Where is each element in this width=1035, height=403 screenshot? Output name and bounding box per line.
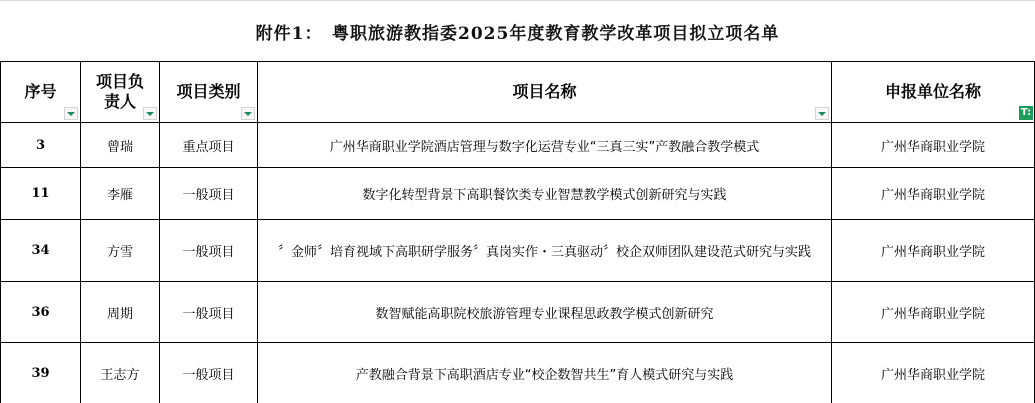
title-row[interactable]: 附件1： 粤职旅游教指委2025年度教育教学改革项目拟立项名单	[0, 0, 1035, 61]
dropdown-arrow-icon	[146, 112, 154, 116]
dropdown-arrow-icon	[244, 112, 252, 116]
cell-category[interactable]: 一般项目	[160, 282, 258, 343]
header-row: 序号 项目负责人 项目类别 项目名称 申报单位名称 T:	[1, 62, 1035, 123]
spreadsheet: 附件1： 粤职旅游教指委2025年度教育教学改革项目拟立项名单 序号 项目负责人	[0, 0, 1035, 403]
project-table: 序号 项目负责人 项目类别 项目名称 申报单位名称 T:	[0, 61, 1035, 403]
cell-unit[interactable]: 广州华商职业学院	[832, 282, 1035, 343]
cell-unit[interactable]: 广州华商职业学院	[832, 168, 1035, 220]
header-cell-category[interactable]: 项目类别	[160, 62, 258, 123]
header-label: 项目负责人	[89, 72, 151, 112]
cell-no[interactable]: 39	[1, 343, 81, 403]
cell-unit[interactable]: 广州华商职业学院	[832, 343, 1035, 403]
cell-leader[interactable]: 曾瑞	[81, 123, 160, 168]
cell-project-name[interactable]: 〞金师〞培育视域下高职研学服务〞真岗实作・三真驱动〞校企双师团队建设范式研究与实…	[258, 220, 832, 282]
filter-dropdown-button[interactable]	[64, 107, 78, 120]
cell-project-name[interactable]: 数字化转型背景下高职餐饮类专业智慧教学模式创新研究与实践	[258, 168, 832, 220]
table-row: 34 方雪 一般项目 〞金师〞培育视域下高职研学服务〞真岗实作・三真驱动〞校企双…	[1, 220, 1035, 282]
table-row: 3 曾瑞 重点项目 广州华商职业学院酒店管理与数字化运营专业“三真三实”产教融合…	[1, 123, 1035, 168]
cell-project-name[interactable]: 数智赋能高职院校旅游管理专业课程思政教学模式创新研究	[258, 282, 832, 343]
cell-leader[interactable]: 李雁	[81, 168, 160, 220]
header-label: 项目类别	[176, 82, 240, 101]
dropdown-arrow-icon	[67, 112, 75, 116]
filter-dropdown-button[interactable]	[815, 107, 829, 120]
active-filter-icon[interactable]: T:	[1019, 106, 1033, 120]
header-label: 申报单位名称	[885, 82, 981, 101]
cell-project-name[interactable]: 产教融合背景下高职酒店专业“校企数智共生”育人模式研究与实践	[258, 343, 832, 403]
cell-leader[interactable]: 王志方	[81, 343, 160, 403]
table-row: 39 王志方 一般项目 产教融合背景下高职酒店专业“校企数智共生”育人模式研究与…	[1, 343, 1035, 403]
cell-unit[interactable]: 广州华商职业学院	[832, 123, 1035, 168]
filter-dropdown-button[interactable]	[143, 107, 157, 120]
filter-dropdown-button[interactable]	[241, 107, 255, 120]
cell-project-name[interactable]: 广州华商职业学院酒店管理与数字化运营专业“三真三实”产教融合教学模式	[258, 123, 832, 168]
header-label: 序号	[24, 82, 56, 101]
cell-category[interactable]: 一般项目	[160, 343, 258, 403]
header-label: 项目名称	[512, 82, 576, 101]
table-row: 11 李雁 一般项目 数字化转型背景下高职餐饮类专业智慧教学模式创新研究与实践 …	[1, 168, 1035, 220]
cell-no[interactable]: 36	[1, 282, 81, 343]
header-cell-project-name[interactable]: 项目名称	[258, 62, 832, 123]
cell-leader[interactable]: 方雪	[81, 220, 160, 282]
table-row: 36 周期 一般项目 数智赋能高职院校旅游管理专业课程思政教学模式创新研究 广州…	[1, 282, 1035, 343]
cell-no[interactable]: 34	[1, 220, 81, 282]
cell-no[interactable]: 3	[1, 123, 81, 168]
dropdown-arrow-icon	[818, 112, 826, 116]
cell-unit[interactable]: 广州华商职业学院	[832, 220, 1035, 282]
cell-category[interactable]: 一般项目	[160, 220, 258, 282]
sheet-title: 附件1： 粤职旅游教指委2025年度教育教学改革项目拟立项名单	[256, 19, 780, 44]
cell-leader[interactable]: 周期	[81, 282, 160, 343]
cell-category[interactable]: 重点项目	[160, 123, 258, 168]
cell-category[interactable]: 一般项目	[160, 168, 258, 220]
header-cell-no[interactable]: 序号	[1, 62, 81, 123]
header-cell-leader[interactable]: 项目负责人	[81, 62, 160, 123]
cell-no[interactable]: 11	[1, 168, 81, 220]
header-cell-unit[interactable]: 申报单位名称 T:	[832, 62, 1035, 123]
